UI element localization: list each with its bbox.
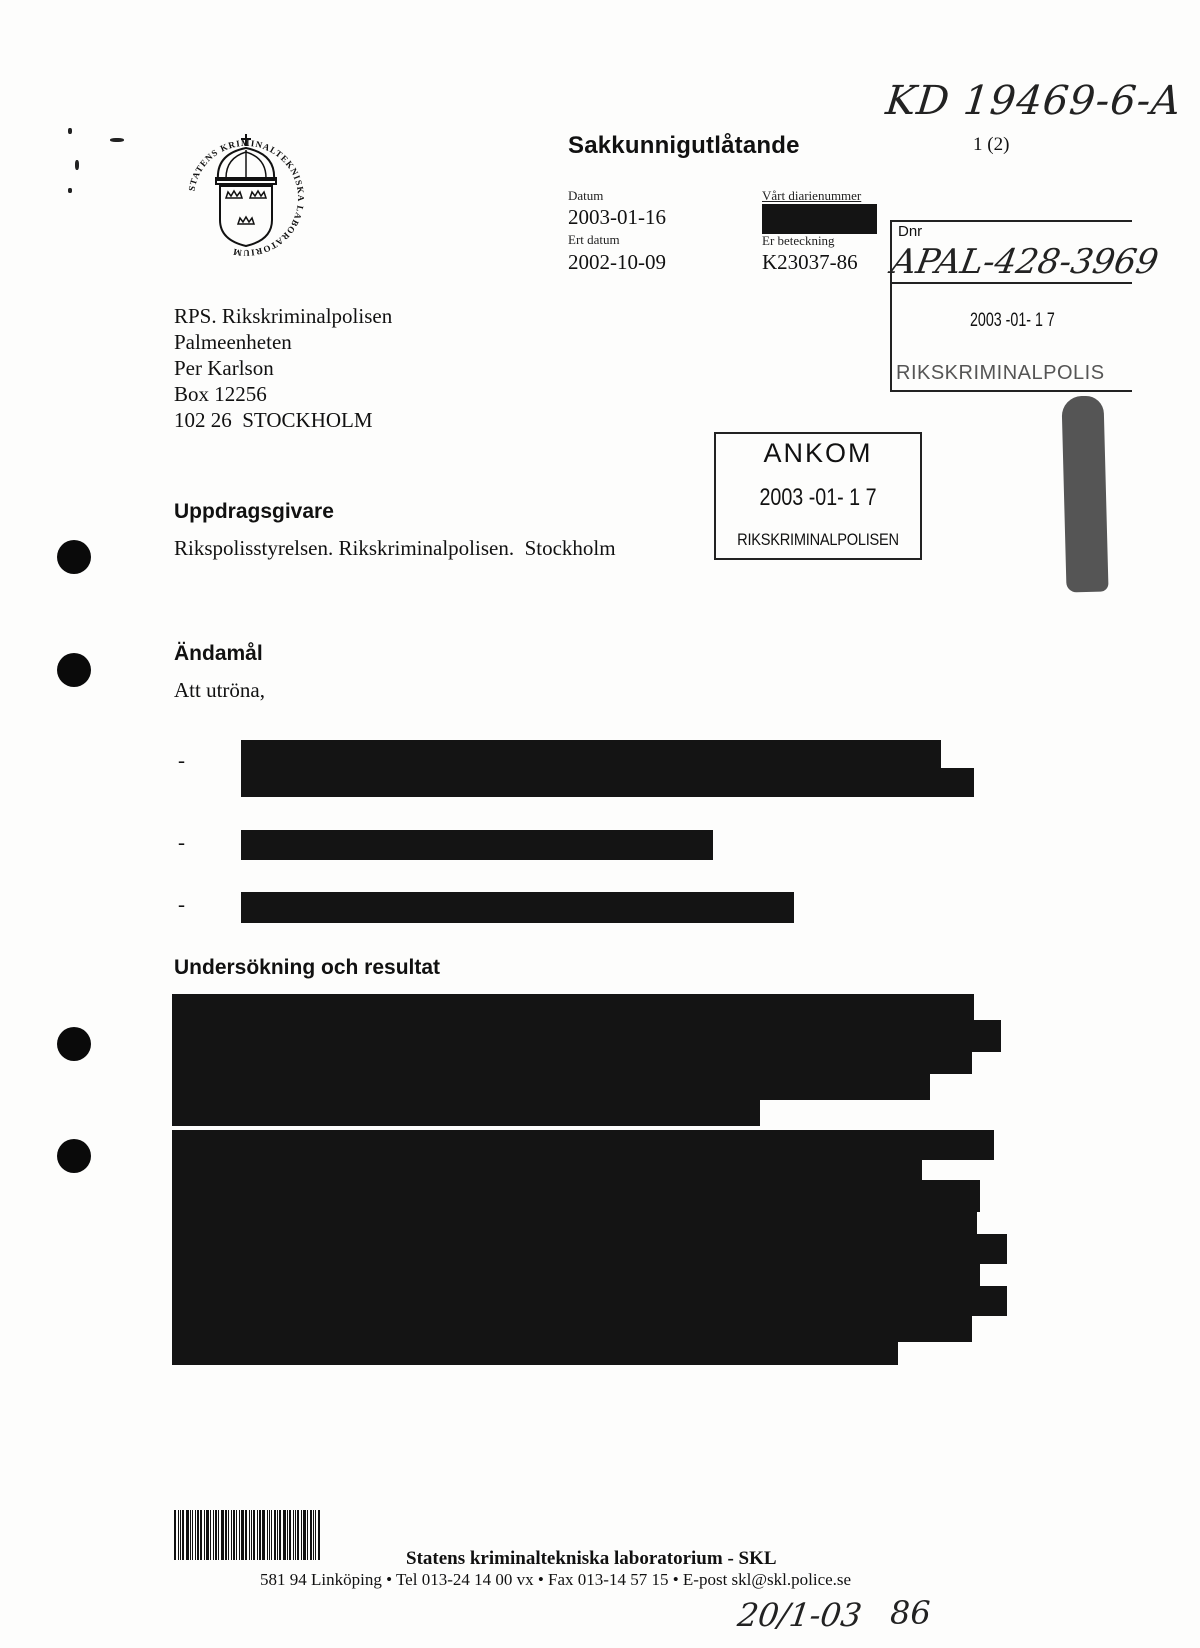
uppdragsgivare-text: Rikspolisstyrelsen. Rikskriminalpolisen.… bbox=[174, 536, 616, 561]
redacted-paragraph-2 bbox=[172, 1158, 922, 1182]
barcode-bar bbox=[295, 1510, 296, 1560]
redacted-paragraph-1 bbox=[172, 1020, 1001, 1052]
er-beteckning-label: Er beteckning bbox=[762, 233, 835, 249]
barcode-bar bbox=[301, 1510, 302, 1560]
punch-hole bbox=[57, 540, 91, 574]
swedish-coat-of-arms-icon: STATENS KRIMINALTEKNISKA LABORATORIUM bbox=[176, 128, 316, 268]
barcode-bar bbox=[241, 1510, 244, 1560]
barcode-bar bbox=[310, 1510, 312, 1560]
datum-value: 2003-01-16 bbox=[568, 205, 666, 230]
handwritten-initials: 86 bbox=[890, 1594, 931, 1632]
punch-hole bbox=[57, 1139, 91, 1173]
redacted-paragraph-2 bbox=[172, 1180, 980, 1212]
address-line: 102 26 STOCKHOLM bbox=[174, 407, 392, 433]
barcode-bar bbox=[315, 1510, 316, 1560]
redacted-bullet-1 bbox=[241, 768, 974, 797]
recipient-address: RPS. Rikskriminalpolisen Palmeenheten Pe… bbox=[174, 303, 392, 433]
barcode-bar bbox=[287, 1510, 288, 1560]
redacted-paragraph-2 bbox=[172, 1314, 972, 1342]
barcode-bar bbox=[236, 1510, 237, 1560]
dnr-handwritten-number: APAL-428-3969 bbox=[888, 242, 1161, 282]
ankom-stamp: ANKOM 2003 -01- 1 7 RIKSKRIMINALPOLISEN bbox=[714, 432, 922, 560]
barcode-bar bbox=[210, 1510, 211, 1560]
redacted-bullet-3 bbox=[241, 892, 794, 923]
barcode-bar bbox=[279, 1510, 281, 1560]
barcode-bar bbox=[190, 1510, 191, 1560]
punch-hole bbox=[57, 653, 91, 687]
footer-address: 581 94 Linköping • Tel 013-24 14 00 vx •… bbox=[260, 1570, 851, 1590]
andamal-heading: Ändamål bbox=[174, 642, 263, 666]
handwritten-date: 20/1-03 bbox=[735, 1596, 864, 1634]
barcode-bar bbox=[231, 1510, 232, 1560]
bullet-marker: - bbox=[178, 748, 185, 773]
redacted-paragraph-1 bbox=[172, 1098, 760, 1126]
redacted-paragraph-2 bbox=[172, 1130, 994, 1160]
ankom-organization: RIKSKRIMINALPOLISEN bbox=[730, 530, 905, 550]
datum-label: Datum bbox=[568, 188, 603, 204]
barcode-bar bbox=[283, 1510, 286, 1560]
barcode-bar bbox=[313, 1510, 314, 1560]
ert-datum-label: Ert datum bbox=[568, 232, 620, 248]
redacted-bullet-2 bbox=[241, 830, 713, 860]
redacted-paragraph-1 bbox=[172, 994, 974, 1022]
scan-speck bbox=[110, 138, 124, 142]
redacted-paragraph-1 bbox=[172, 1072, 930, 1100]
barcode-bar bbox=[249, 1510, 250, 1560]
barcode-bar bbox=[192, 1510, 193, 1560]
dnr-label: Dnr bbox=[898, 223, 922, 240]
barcode-bar bbox=[233, 1510, 235, 1560]
barcode-icon bbox=[174, 1510, 374, 1560]
barcode-bar bbox=[180, 1510, 181, 1560]
skl-logo: STATENS KRIMINALTEKNISKA LABORATORIUM bbox=[176, 128, 316, 268]
barcode-bar bbox=[262, 1510, 265, 1560]
ert-datum-value: 2002-10-09 bbox=[568, 250, 666, 275]
barcode-bar bbox=[213, 1510, 214, 1560]
scan-speck bbox=[75, 160, 79, 170]
barcode-bar bbox=[274, 1510, 276, 1560]
redacted-paragraph-2 bbox=[172, 1340, 898, 1365]
barcode-bar bbox=[215, 1510, 217, 1560]
barcode-bar bbox=[218, 1510, 219, 1560]
barcode-bar bbox=[318, 1510, 320, 1560]
footer-organization: Statens kriminaltekniska laboratorium - … bbox=[406, 1548, 777, 1570]
address-line: Box 12256 bbox=[174, 381, 392, 407]
bullet-marker: - bbox=[178, 830, 185, 855]
andamal-intro: Att utröna, bbox=[174, 678, 265, 703]
redacted-paragraph-2 bbox=[172, 1234, 1007, 1264]
ankom-date: 2003 -01- 1 7 bbox=[734, 484, 901, 512]
barcode-bar bbox=[271, 1510, 272, 1560]
barcode-bar bbox=[259, 1510, 261, 1560]
barcode-bar bbox=[228, 1510, 229, 1560]
marker-stroke bbox=[1061, 395, 1108, 592]
barcode-bar bbox=[206, 1510, 209, 1560]
dnr-stamp-date: 2003 -01- 1 7 bbox=[970, 310, 1055, 332]
barcode-bar bbox=[178, 1510, 179, 1560]
redacted-bullet-1 bbox=[241, 740, 941, 770]
barcode-bar bbox=[289, 1510, 291, 1560]
barcode-bar bbox=[245, 1510, 247, 1560]
barcode-bar bbox=[225, 1510, 227, 1560]
redacted-paragraph-2 bbox=[172, 1210, 977, 1236]
vart-diarienummer-label: Vårt diarienummer bbox=[762, 188, 861, 204]
barcode-bar bbox=[221, 1510, 224, 1560]
barcode-bar bbox=[200, 1510, 202, 1560]
barcode-bar bbox=[182, 1510, 184, 1560]
barcode-bar bbox=[253, 1510, 255, 1560]
barcode-bar bbox=[251, 1510, 252, 1560]
barcode-bar bbox=[239, 1510, 240, 1560]
page-indicator: 1 (2) bbox=[973, 134, 1009, 156]
ankom-title: ANKOM bbox=[716, 438, 920, 469]
barcode-bar bbox=[269, 1510, 270, 1560]
stamp-divider bbox=[892, 282, 1132, 284]
handwritten-reference: KD 19469-6-A bbox=[884, 78, 1184, 124]
scan-speck bbox=[68, 128, 72, 134]
redacted-paragraph-2 bbox=[172, 1286, 1007, 1316]
barcode-bar bbox=[197, 1510, 199, 1560]
barcode-bar bbox=[257, 1510, 258, 1560]
barcode-bar bbox=[297, 1510, 299, 1560]
address-line: RPS. Rikskriminalpolisen bbox=[174, 303, 392, 329]
barcode-bar bbox=[303, 1510, 306, 1560]
barcode-bar bbox=[195, 1510, 196, 1560]
dnr-stamp-organization: RIKSKRIMINALPOLIS bbox=[896, 362, 1105, 385]
barcode-bar bbox=[293, 1510, 294, 1560]
address-line: Palmeenheten bbox=[174, 329, 392, 355]
barcode-bar bbox=[267, 1510, 268, 1560]
er-beteckning-value: K23037-86 bbox=[762, 250, 858, 275]
barcode-bar bbox=[204, 1510, 205, 1560]
redacted-diarienummer bbox=[762, 204, 877, 234]
dnr-stamp: Dnr APAL-428-3969 2003 -01- 1 7 RIKSKRIM… bbox=[890, 220, 1132, 392]
undersokning-heading: Undersökning och resultat bbox=[174, 956, 440, 980]
uppdragsgivare-heading: Uppdragsgivare bbox=[174, 500, 334, 524]
redacted-paragraph-1 bbox=[172, 1050, 972, 1074]
document-title: Sakkunnigutlåtande bbox=[568, 132, 800, 160]
punch-hole bbox=[57, 1027, 91, 1061]
barcode-bar bbox=[277, 1510, 278, 1560]
address-line: Per Karlson bbox=[174, 355, 392, 381]
redacted-paragraph-2 bbox=[172, 1262, 980, 1288]
barcode-bar bbox=[174, 1510, 176, 1560]
scan-speck bbox=[68, 188, 72, 193]
barcode-bar bbox=[307, 1510, 308, 1560]
bullet-marker: - bbox=[178, 892, 185, 917]
barcode-bar bbox=[186, 1510, 189, 1560]
